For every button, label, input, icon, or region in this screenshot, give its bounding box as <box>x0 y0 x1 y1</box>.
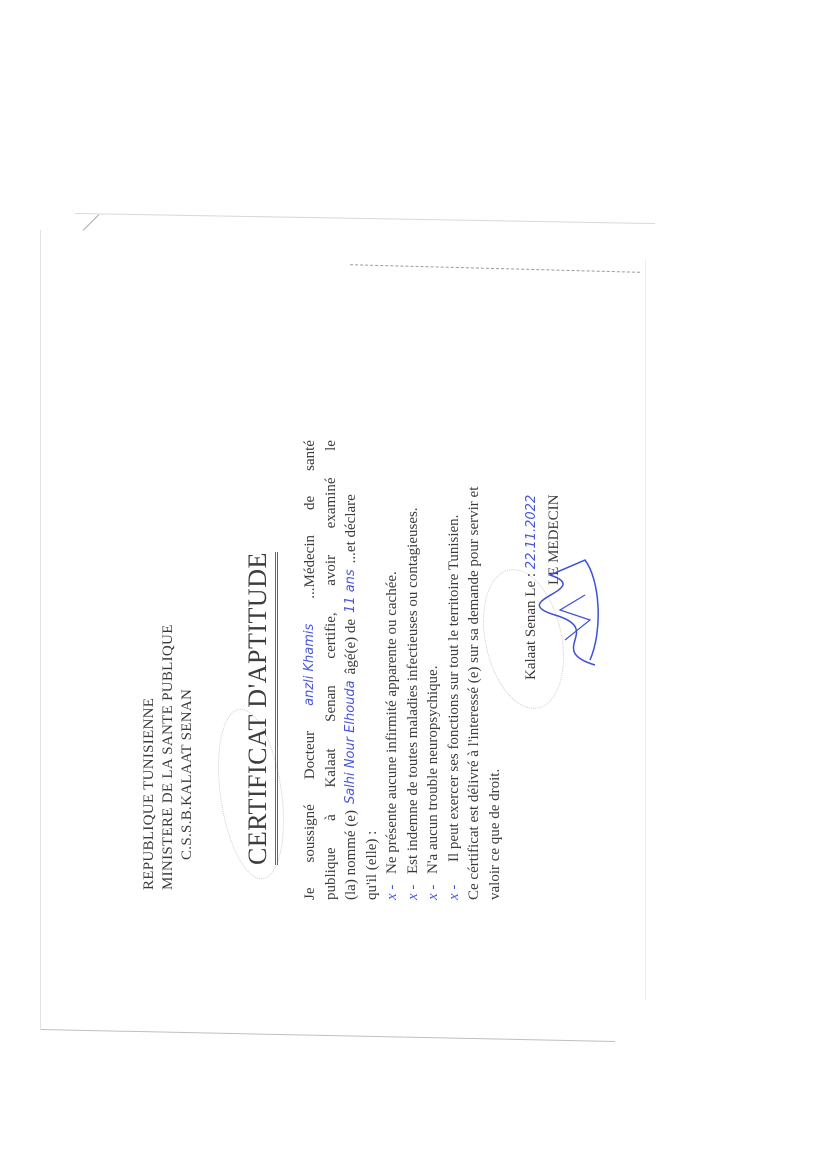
checklist-text: Est indemne de toutes maladies infectieu… <box>403 507 424 874</box>
checklist-item: x - Ne présente aucune infirmité apparen… <box>382 440 403 900</box>
checklist-text: Ne présente aucune infirmité apparente o… <box>382 571 403 874</box>
letterhead: REPUBLIQUE TUNISIENNE MINISTERE DE LA SA… <box>140 624 197 890</box>
text: âgé(e) de <box>341 619 362 674</box>
certificate-body: Je soussigné Docteur anzli Khamis ...Méd… <box>300 440 505 900</box>
checklist-item: x - Est indemne de toutes maladies infec… <box>403 440 424 900</box>
doctor-name-handwritten: anzli Khamis <box>300 624 321 706</box>
text: Docteur <box>300 731 321 779</box>
text: examiné <box>321 478 342 529</box>
text: le <box>321 440 342 451</box>
text: avoir <box>321 555 342 586</box>
body-line-4: qu'il (elle) : <box>362 440 383 900</box>
text: ...et déclare <box>341 494 362 563</box>
text: Je <box>300 888 321 901</box>
body-line-2: publique à Kalaat Senan certifie, avoir … <box>321 440 342 900</box>
text: santé <box>300 440 321 471</box>
scan-edge-right <box>645 260 646 1000</box>
text: certifie, <box>321 612 342 658</box>
checklist-item: x - N'a aucun trouble neuropsychique. <box>423 440 444 900</box>
check-mark-icon: x - <box>423 884 444 900</box>
text: qu'il (elle) : <box>362 831 383 900</box>
body-line-cert: Ce cértificat est délivré à l'interessé … <box>464 440 485 900</box>
checklist-text: N'a aucun trouble neuropsychique. <box>423 666 444 874</box>
patient-name-handwritten: Salhi Nour Elhouda <box>341 680 362 804</box>
text: Kalaat <box>321 748 342 787</box>
scan-edge-top <box>75 213 655 224</box>
letterhead-republic: REPUBLIQUE TUNISIENNE <box>140 624 159 890</box>
certificate-page: REPUBLIQUE TUNISIENNE MINISTERE DE LA SA… <box>140 440 610 1000</box>
dashed-rule <box>350 264 640 273</box>
text: ...Médecin <box>300 535 321 599</box>
check-mark-icon: x - <box>403 884 424 900</box>
text: (la) nommé (e) <box>341 810 362 900</box>
text: valoir ce que de droit. <box>485 769 506 900</box>
checklist-item: x - Il peut exercer ses fonctions sur to… <box>444 440 465 900</box>
body-line-3: (la) nommé (e) Salhi Nour Elhouda âgé(e)… <box>341 440 362 900</box>
text: de <box>300 496 321 510</box>
letterhead-center: C.S.S.B.KALAAT SENAN <box>178 624 197 890</box>
check-mark-icon: x - <box>382 884 403 900</box>
document-title: CERTIFICAT D'APTITUDE <box>243 552 278 865</box>
check-mark-icon: x - <box>444 884 465 900</box>
age-handwritten: 11 ans <box>341 569 362 613</box>
corner-mark <box>83 214 99 230</box>
text: publique <box>321 848 342 901</box>
checklist-text: Il peut exercer ses fonctions sur tout l… <box>444 515 465 874</box>
text: à <box>321 814 342 821</box>
signature-scribble-icon <box>535 550 605 670</box>
scan-edge-bottom <box>40 1029 615 1042</box>
scan-edge-left <box>40 230 41 1030</box>
text: Ce cértificat est délivré à l'interessé … <box>464 487 485 900</box>
letterhead-ministry: MINISTERE DE LA SANTE PUBLIQUE <box>159 624 178 890</box>
text: soussigné <box>300 804 321 862</box>
body-line-1: Je soussigné Docteur anzli Khamis ...Méd… <box>300 440 321 900</box>
text: Senan <box>321 685 342 722</box>
